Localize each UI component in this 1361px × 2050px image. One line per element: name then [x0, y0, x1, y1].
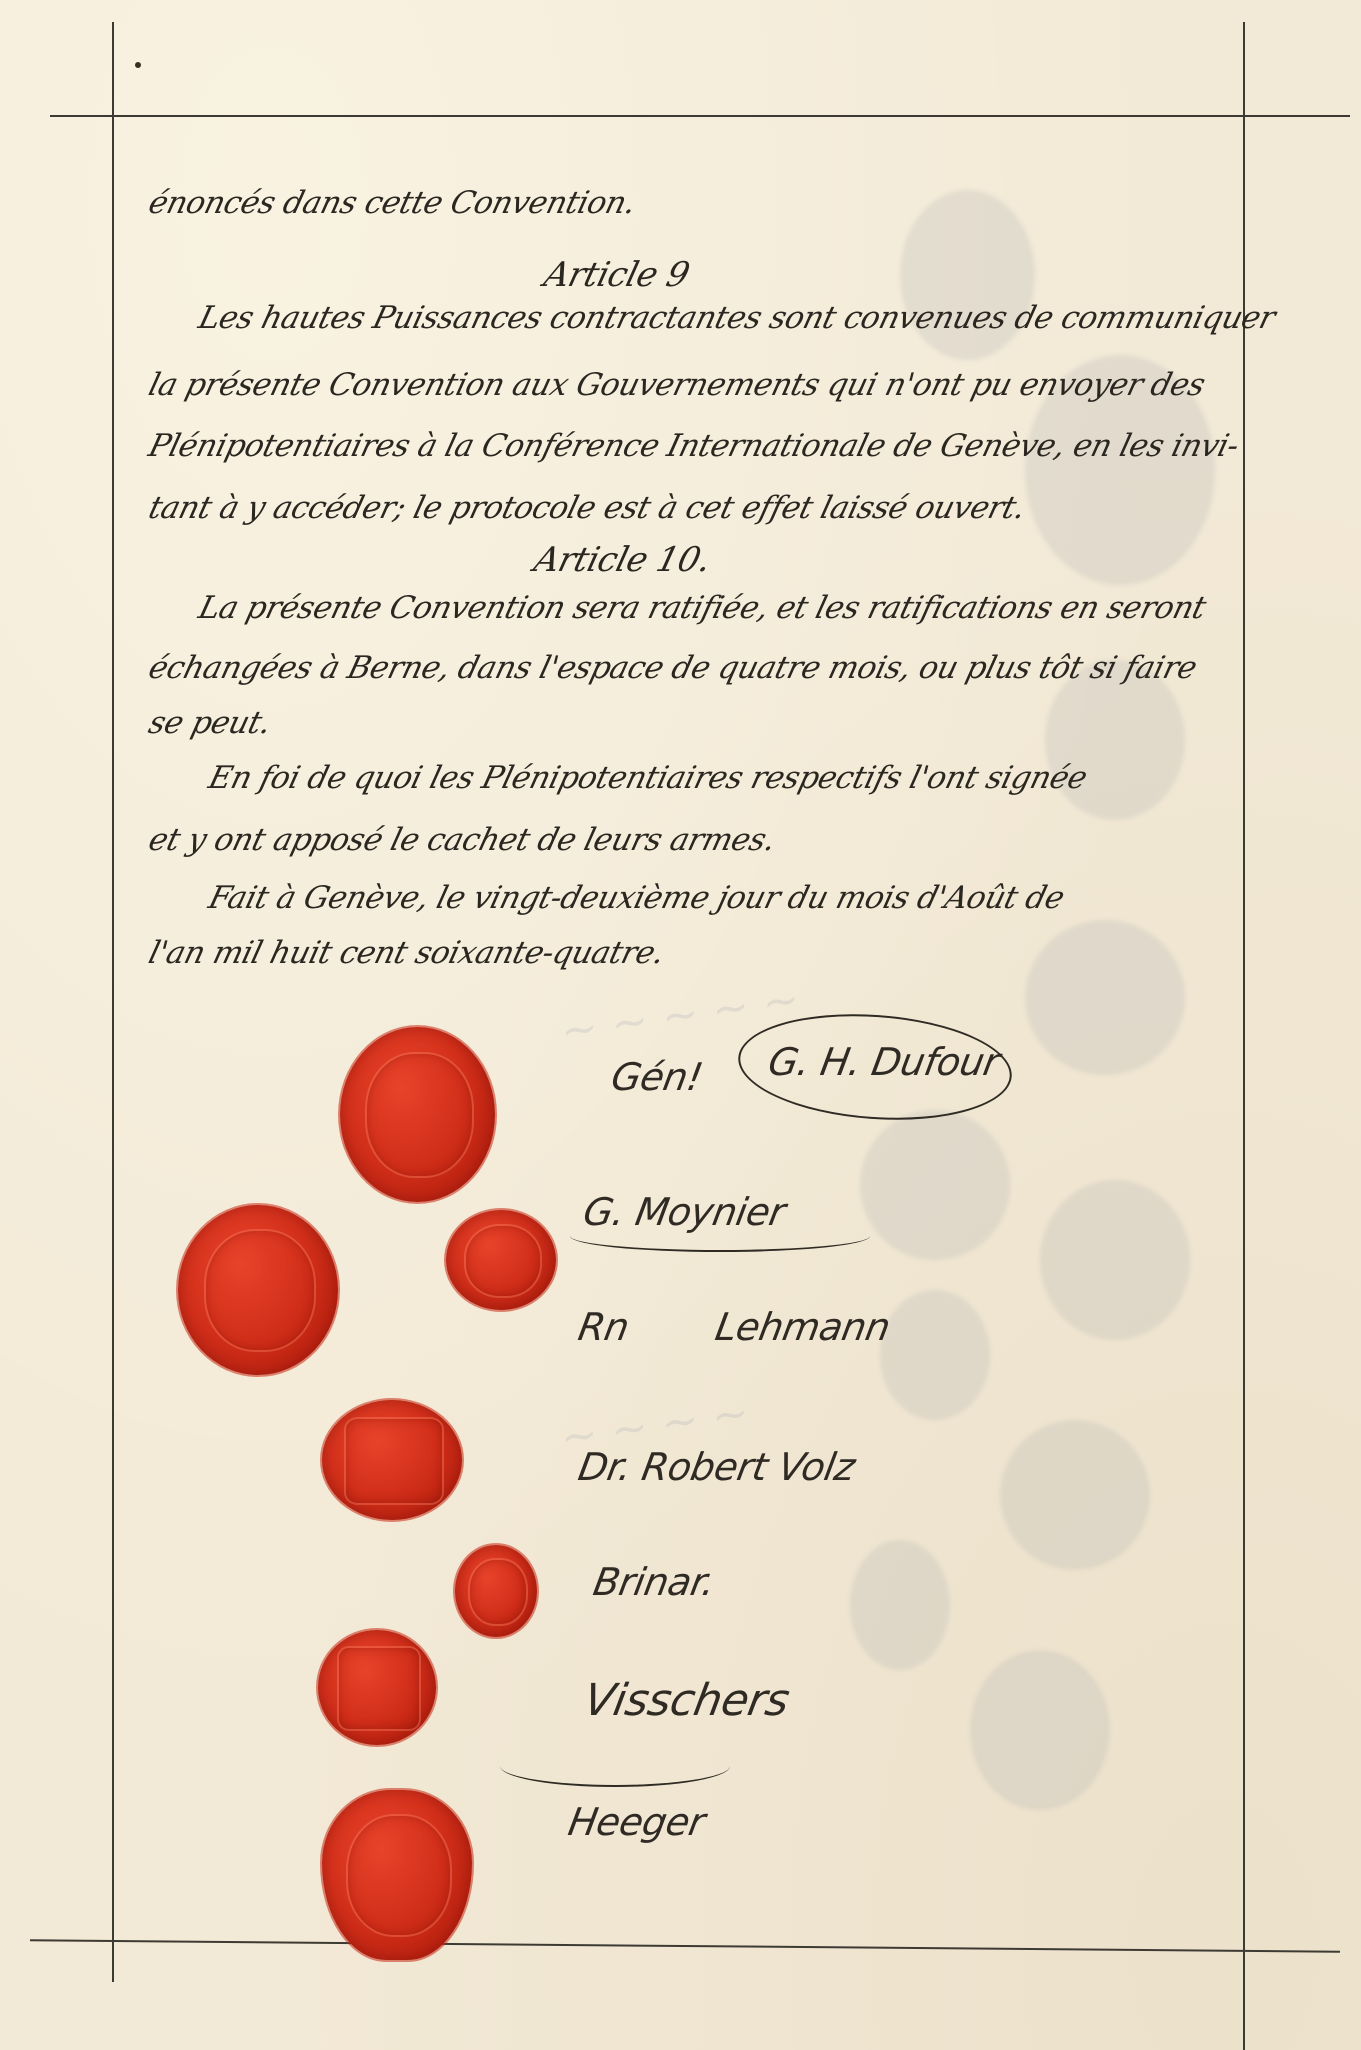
signature-volz: Dr. Robert Volz — [575, 1445, 858, 1489]
text-line: la présente Convention aux Gouvernements… — [145, 367, 1209, 403]
signature-lehmann: Lehmann — [712, 1305, 893, 1349]
text-line: Plénipotentiaires à la Conférence Intern… — [145, 428, 1242, 464]
show-through-seal — [850, 1540, 950, 1670]
left-rule — [112, 22, 114, 1982]
show-through-seal — [860, 1110, 1010, 1260]
wax-seal — [455, 1545, 537, 1637]
text-line: tant à y accéder; le protocole est à cet… — [145, 490, 1029, 526]
text-line: l'an mil huit cent soixante-quatre. — [145, 935, 668, 971]
signature-heeger: Heeger — [565, 1800, 708, 1844]
show-through-seal — [1040, 1180, 1190, 1340]
text-line: En foi de quoi les Plénipotentiaires res… — [205, 760, 1091, 796]
text-line: Fait à Genève, le vingt-deuxième jour du… — [205, 880, 1068, 916]
article-9-heading: Article 9 — [540, 255, 693, 295]
text-line: Les hautes Puissances contractantes sont… — [195, 300, 1279, 336]
signature-underline — [500, 1745, 730, 1787]
text-line: et y ont apposé le cachet de leurs armes… — [145, 822, 779, 858]
ink-dot — [135, 62, 141, 68]
signature-dufour: G. H. Dufour — [765, 1040, 1003, 1084]
wax-seal — [340, 1027, 495, 1202]
signature-brinar: Brinar. — [590, 1560, 718, 1604]
signature-prefix: Gén! — [608, 1055, 706, 1099]
text-line: énoncés dans cette Convention. — [145, 185, 639, 221]
wax-seal — [318, 1630, 436, 1745]
top-rule — [50, 115, 1350, 117]
signature-underline — [570, 1220, 870, 1252]
document-page: ~ ~ ~ ~ ~ ~ ~ ~ ~ énoncés dans cette Con… — [0, 0, 1361, 2050]
wax-seal — [446, 1210, 556, 1310]
signature-visschers: Visschers — [580, 1675, 793, 1726]
show-through-seal — [1025, 920, 1185, 1075]
text-line: échangées à Berne, dans l'espace de quat… — [145, 650, 1200, 686]
show-through-seal — [1000, 1420, 1150, 1570]
article-10-heading: Article 10. — [530, 540, 715, 580]
bottom-rule — [30, 1939, 1340, 1952]
wax-seal — [178, 1205, 338, 1375]
show-through-seal — [970, 1650, 1110, 1810]
signature-prefix: Rn — [575, 1305, 632, 1349]
wax-seal — [322, 1790, 472, 1960]
wax-seal — [322, 1400, 462, 1520]
text-line: se peut. — [145, 705, 275, 741]
text-line: La présente Convention sera ratifiée, et… — [195, 590, 1209, 626]
show-through-seal — [880, 1290, 990, 1420]
